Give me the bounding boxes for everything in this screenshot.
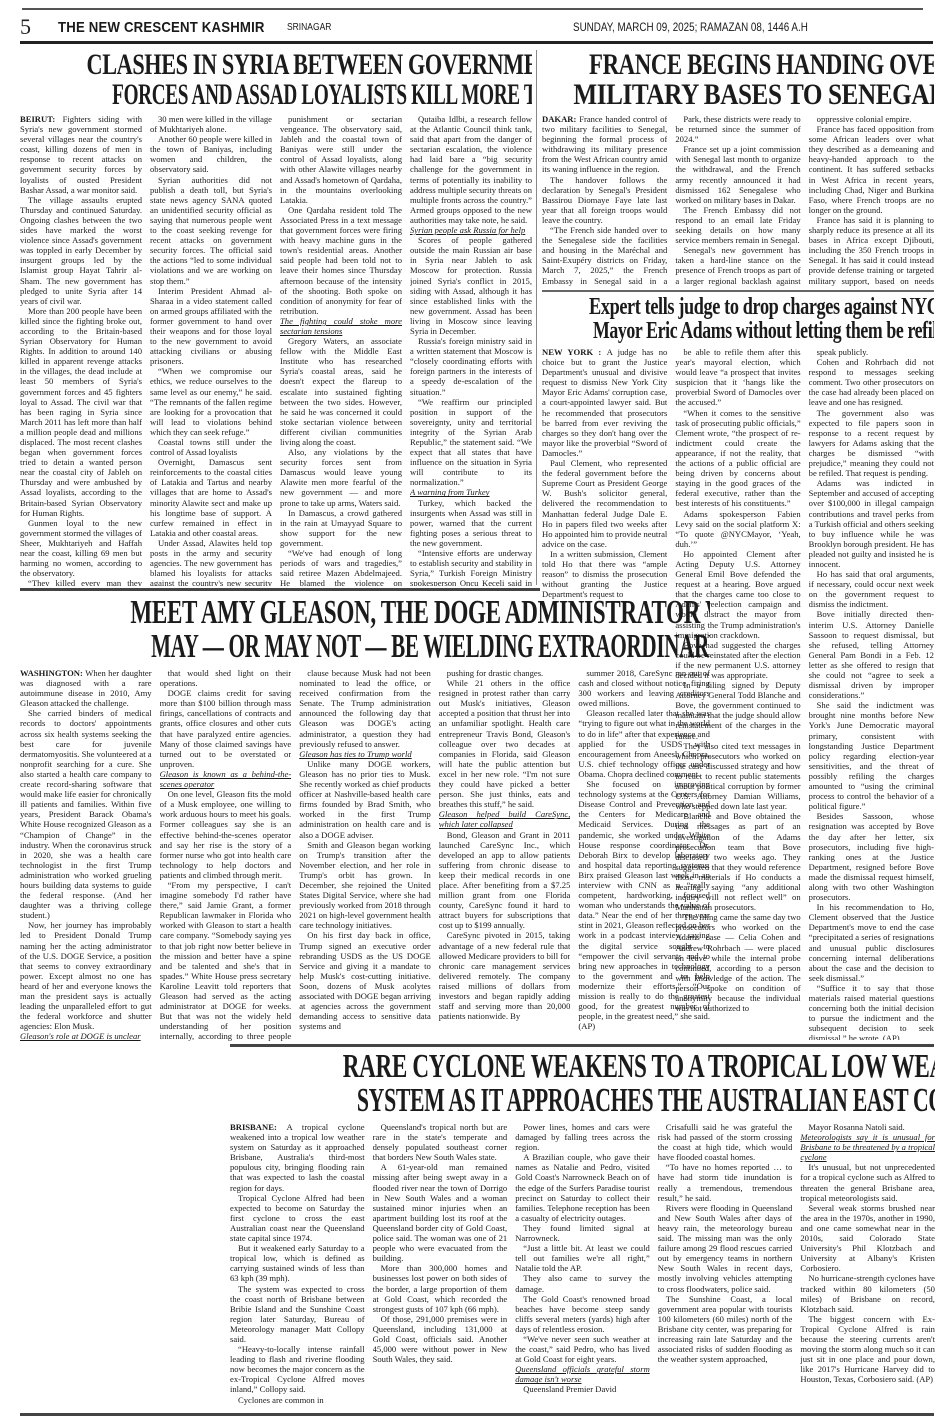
paragraph: summer 2018, CareSync ran out of cash an…	[578, 668, 710, 708]
paragraph: “When it comes to the sensitive task of …	[675, 408, 800, 509]
subheading: Gleason helped build CareSync, which lat…	[439, 809, 571, 829]
paragraph: The village assaults erupted Thursday an…	[20, 195, 142, 306]
paragraph: Queensland Premier David	[515, 1384, 650, 1394]
paragraph: “To have no homes reported … to have had…	[658, 1162, 793, 1202]
subheading: A warning from Turkey	[410, 487, 532, 497]
paragraph: Smith and Gleason began working on Trump…	[299, 840, 431, 931]
subheading: Gleason's role at DOGE is unclear	[20, 1031, 152, 1041]
paragraph: Adams spokesperson Fabien Levy said on t…	[675, 509, 800, 549]
section-rule	[542, 290, 934, 292]
article-column: BEIRUT: Fighters siding with Syria's new…	[20, 114, 142, 586]
section-rule	[230, 1044, 934, 1047]
paragraph: While 21 others in the office resigned i…	[439, 678, 571, 809]
lead-paragraph: WASHINGTON: When her daughter was diagno…	[20, 668, 152, 708]
paragraph: Crisafulli said he was grateful the risk…	[658, 1122, 793, 1162]
paragraph: “From my perspective, I can't imagine so…	[160, 880, 292, 1041]
article-cyclone-alfred: RARE CYCLONE WEAKENS TO A TROPICAL LOW W…	[230, 1050, 935, 1412]
paragraph: Overnight, Damascus sent reinforcements …	[150, 457, 272, 538]
article-column: Park, these districts were ready to be r…	[675, 114, 800, 288]
paper-name: THE NEW CRESCENT KASHMIR	[58, 19, 265, 36]
headline-line-2: MILITARY BASES TO SENEGAL	[573, 80, 902, 110]
dateline: NEW YORK :	[542, 347, 607, 357]
paragraph: Paul Clement, who represented the federa…	[542, 458, 667, 549]
paragraph: In a written submission, Clement told Ho…	[542, 549, 667, 599]
article-body: BRISBANE: A tropical cyclone weakened in…	[230, 1122, 935, 1405]
dateline: BEIRUT:	[20, 114, 63, 124]
paragraph: pushing for drastic changes.	[439, 668, 571, 678]
page-number: 5	[20, 14, 50, 40]
paragraph: Of those, 291,000 premises were in Queen…	[373, 1314, 508, 1364]
dateline: DAKAR:	[542, 114, 579, 124]
paragraph: “We've had enough of long periods of war…	[280, 548, 402, 586]
dateline: WASHINGTON:	[20, 668, 85, 678]
paragraph: Interim President Ahmad al-Sharaa in a v…	[150, 286, 272, 367]
paragraph: Russia's foreign ministry said in a writ…	[410, 336, 532, 397]
article-body: BEIRUT: Fighters siding with Syria's new…	[20, 114, 532, 586]
paragraph: A Brazilian couple, who gave their names…	[515, 1152, 650, 1223]
paragraph: be able to refile them after this year's…	[675, 347, 800, 408]
paragraph: 30 men were killed in the village of Muk…	[150, 114, 272, 134]
issue-date: SUNDAY, MARCH 09, 2025; RAMAZAN 08, 1446…	[573, 20, 808, 34]
paragraph: Tropical Cyclone Alfred had been expecte…	[230, 1193, 365, 1243]
paragraph: “Heavy-to-locally intense rainfall leadi…	[230, 1344, 365, 1394]
paragraph: The Gold Coast's renowned broad beaches …	[515, 1294, 650, 1334]
paragraph: But it weakened early Saturday to a trop…	[230, 1243, 365, 1283]
article-column: BRISBANE: A tropical cyclone weakened in…	[230, 1122, 365, 1405]
article-column: DAKAR: France handed control of two mili…	[542, 114, 667, 288]
paragraph: One Qardaha resident told The Associated…	[280, 205, 402, 316]
paragraph: France set up a joint commission with Se…	[675, 144, 800, 205]
paragraph: CareSync pivoted in 2015, taking advanta…	[439, 930, 571, 1021]
dateline: BRISBANE:	[230, 1122, 287, 1132]
headline-line-2: FORCES AND ASSAD LOYALISTS KILL MORE THA…	[112, 80, 440, 110]
article-column: Qutaiba Idlbi, a research fellow at the …	[410, 114, 532, 586]
subheading: Queensland officials grateful storm dama…	[515, 1364, 650, 1384]
paragraph: Scores of people gathered outside the ma…	[410, 235, 532, 336]
column-divider	[536, 50, 537, 585]
headline-line-2: MAY — OR MAY NOT — BE WIELDING EXTRAORDI…	[151, 630, 579, 664]
subheading: Meteorologists say it is unusual for Bri…	[800, 1132, 935, 1162]
article-column: Mayor Rosanna Natoli said.Meteorologists…	[800, 1122, 935, 1405]
paragraph: “We reaffirm our principled position in …	[410, 397, 532, 488]
paragraph: speak publicly.	[809, 347, 934, 357]
headline-line-2: Mayor Eric Adams without letting them be…	[593, 319, 883, 343]
paragraph: Park, these districts were ready to be r…	[675, 114, 800, 144]
section-rule	[20, 588, 540, 591]
article-column: WASHINGTON: When her daughter was diagno…	[20, 668, 152, 1041]
paragraph: “When we compromise our ethics, we reduc…	[150, 366, 272, 437]
article-body: DAKAR: France handed control of two mili…	[542, 114, 934, 288]
paragraph: The government also was expected to file…	[809, 408, 934, 479]
headline-line-1: CLASHES IN SYRIA BETWEEN GOVERNMENT	[87, 50, 466, 80]
masthead: 5 THE NEW CRESCENT KASHMIR SRINAGAR SUND…	[20, 14, 925, 40]
lead-paragraph: BRISBANE: A tropical cyclone weakened in…	[230, 1122, 365, 1193]
headline-line-1: FRANCE BEGINS HANDING OVER	[589, 50, 887, 80]
paragraph: The handover follows the declaration by …	[542, 175, 667, 225]
subheading: Gleason has ties to Trump world	[299, 749, 431, 759]
paragraph: DOGE claims credit for saving more than …	[160, 688, 292, 769]
paragraph: The biggest concern with Ex-Tropical Cyc…	[800, 1314, 935, 1385]
article-column: speak publicly.Cohen and Rohrbach did no…	[809, 347, 934, 1040]
paragraph: Queensland's tropical north but are rare…	[373, 1122, 508, 1162]
subheading: Syrian people ask Russia for help	[410, 225, 532, 235]
paragraph: Unlike many DOGE workers, Gleason has no…	[299, 759, 431, 840]
paragraph: “The French side handed over to the Sene…	[542, 225, 667, 288]
paragraph: Power lines, homes and cars were damaged…	[515, 1122, 650, 1152]
paragraph: Also, any violations by the security for…	[280, 447, 402, 508]
paragraph: “Suffice it to say that those materials …	[809, 983, 934, 1040]
paragraph: Cyclones are common in	[230, 1395, 365, 1405]
paragraph: On one level, Gleason fits the mold of a…	[160, 789, 292, 880]
paragraph: In his recommendation to Ho, Clement obs…	[809, 902, 934, 983]
article-column: that would shed light on their operation…	[160, 668, 292, 1041]
headline-line-2: SYSTEM AS IT APPROACHES THE AUSTRALIAN E…	[357, 1084, 808, 1118]
article-column: pushing for drastic changes.While 21 oth…	[439, 668, 571, 1041]
headline-line-1: MEET AMY GLEASON, THE DOGE ADMINISTRATOR…	[130, 596, 599, 630]
lead-paragraph: NEW YORK : A judge has no choice but to …	[542, 347, 667, 458]
paragraph: They also came to survey the damage.	[515, 1273, 650, 1293]
article-syria-clashes: CLASHES IN SYRIA BETWEEN GOVERNMENT FORC…	[20, 50, 532, 586]
article-column: Power lines, homes and cars were damaged…	[515, 1122, 650, 1405]
paragraph: Coastal towns still under the control of…	[150, 437, 272, 457]
paragraph: More than 300,000 homes and businesses l…	[373, 1263, 508, 1313]
subheading: Gleason is known as a behind-the-scenes …	[160, 769, 292, 789]
article-france-senegal: FRANCE BEGINS HANDING OVER MILITARY BASE…	[542, 50, 934, 288]
paragraph: No hurricane-strength cyclones have trac…	[800, 1273, 935, 1313]
paragraph: France has said it is planning to sharpl…	[809, 215, 934, 288]
paragraph: More than 200 people have been killed si…	[20, 306, 142, 518]
paragraph: “Just a little bit. At least we could te…	[515, 1243, 650, 1273]
paragraph: Senegal's new government has taken a har…	[675, 245, 800, 288]
paragraph: She said the indictment was brought nine…	[809, 700, 934, 811]
lead-paragraph: DAKAR: France handed control of two mili…	[542, 114, 667, 175]
paragraph: France has faced opposition from some Af…	[809, 124, 934, 215]
article-column: summer 2018, CareSync ran out of cash an…	[578, 668, 710, 1041]
paragraph: Bove initially directed then-interim U.S…	[809, 609, 934, 700]
article-amy-gleason: MEET AMY GLEASON, THE DOGE ADMINISTRATOR…	[20, 596, 710, 1041]
paragraph: Besides Sassoon, whose resignation was a…	[809, 811, 934, 902]
article-column: oppressive colonial empire.France has fa…	[809, 114, 934, 288]
subheading: The fighting could stoke more sectarian …	[280, 316, 402, 336]
paragraph: Syrian authorities did not publish a dea…	[150, 175, 272, 286]
article-column: clause because Musk had not been nominat…	[299, 668, 431, 1041]
article-body: WASHINGTON: When her daughter was diagno…	[20, 668, 710, 1041]
paragraph: The Sunshine Coast, a local government a…	[658, 1294, 793, 1365]
paragraph: “They killed every man they encountered,…	[20, 578, 142, 586]
article-column: punishment or sectarian vengeance. The o…	[280, 114, 402, 586]
paragraph: Turkey, which backed the insurgents when…	[410, 498, 532, 548]
paragraph: “We've never seen such weather at the co…	[515, 1334, 650, 1364]
paragraph: punishment or sectarian vengeance. The o…	[280, 114, 402, 205]
paragraph: Now, her journey has improbably led to P…	[20, 920, 152, 1031]
paragraph: Several weak storms brushed near the are…	[800, 1203, 935, 1274]
paragraph: Gregory Waters, an associate fellow with…	[280, 336, 402, 447]
paragraph: Gleason recalled later that she was “try…	[578, 708, 710, 779]
paragraph: On his first day back in office, Trump s…	[299, 930, 431, 1031]
article-column: Crisafulli said he was grateful the risk…	[658, 1122, 793, 1405]
paragraph: She carried binders of medical records t…	[20, 708, 152, 920]
paragraph: oppressive colonial empire.	[809, 114, 934, 124]
headline: RARE CYCLONE WEAKENS TO A TROPICAL LOW W…	[230, 1050, 935, 1118]
article-column: 30 men were killed in the village of Muk…	[150, 114, 272, 586]
paragraph: Under Assad, Alawites held top posts in …	[150, 538, 272, 586]
bottom-rule	[20, 1413, 934, 1416]
paragraph: Rivers were flooding in Queensland and N…	[658, 1203, 793, 1294]
paragraph: They found limited signal at Narrowneck.	[515, 1223, 650, 1243]
paragraph: A 61-year-old man remained missing after…	[373, 1162, 508, 1263]
headline: MEET AMY GLEASON, THE DOGE ADMINISTRATOR…	[20, 596, 710, 664]
headline-line-1: Expert tells judge to drop charges again…	[589, 295, 887, 319]
masthead-rule	[20, 41, 933, 44]
paragraph: that would shed light on their operation…	[160, 668, 292, 688]
paragraph: Adams was indicted in September and accu…	[809, 478, 934, 569]
paragraph: “Intensive efforts are underway to estab…	[410, 548, 532, 586]
headline-line-1: RARE CYCLONE WEAKENS TO A TROPICAL LOW W…	[343, 1050, 822, 1084]
paragraph: Ho has said that oral arguments, if nece…	[809, 569, 934, 609]
top-rule	[22, 8, 923, 10]
headline: Expert tells judge to drop charges again…	[542, 295, 934, 343]
paragraph: clause because Musk had not been nominat…	[299, 668, 431, 749]
paragraph: The French Embassy did not respond to an…	[675, 205, 800, 245]
paragraph: Bond, Gleason and Grant in 2011 launched…	[439, 830, 571, 931]
paragraph: The system was expected to cross the coa…	[230, 1284, 365, 1345]
article-column: Queensland's tropical north but are rare…	[373, 1122, 508, 1405]
paragraph: Gunmen loyal to the new government storm…	[20, 518, 142, 579]
paragraph: Another 60 people were killed in the tow…	[150, 134, 272, 174]
paragraph: It's unusual, but not unprecedented for …	[800, 1162, 935, 1202]
paragraph: Qutaiba Idlbi, a research fellow at the …	[410, 114, 532, 225]
paragraph: In Damascus, a crowd gathered in the rai…	[280, 508, 402, 548]
paragraph: Cohen and Rohrbach did not respond to me…	[809, 357, 934, 407]
headline: CLASHES IN SYRIA BETWEEN GOVERNMENT FORC…	[20, 50, 532, 110]
lead-paragraph: BEIRUT: Fighters siding with Syria's new…	[20, 114, 142, 195]
headline: FRANCE BEGINS HANDING OVER MILITARY BASE…	[542, 50, 934, 110]
city-label: SRINAGAR	[287, 22, 331, 33]
paragraph: She focused on improving technology syst…	[578, 779, 710, 1031]
paragraph: Mayor Rosanna Natoli said.	[800, 1122, 935, 1132]
